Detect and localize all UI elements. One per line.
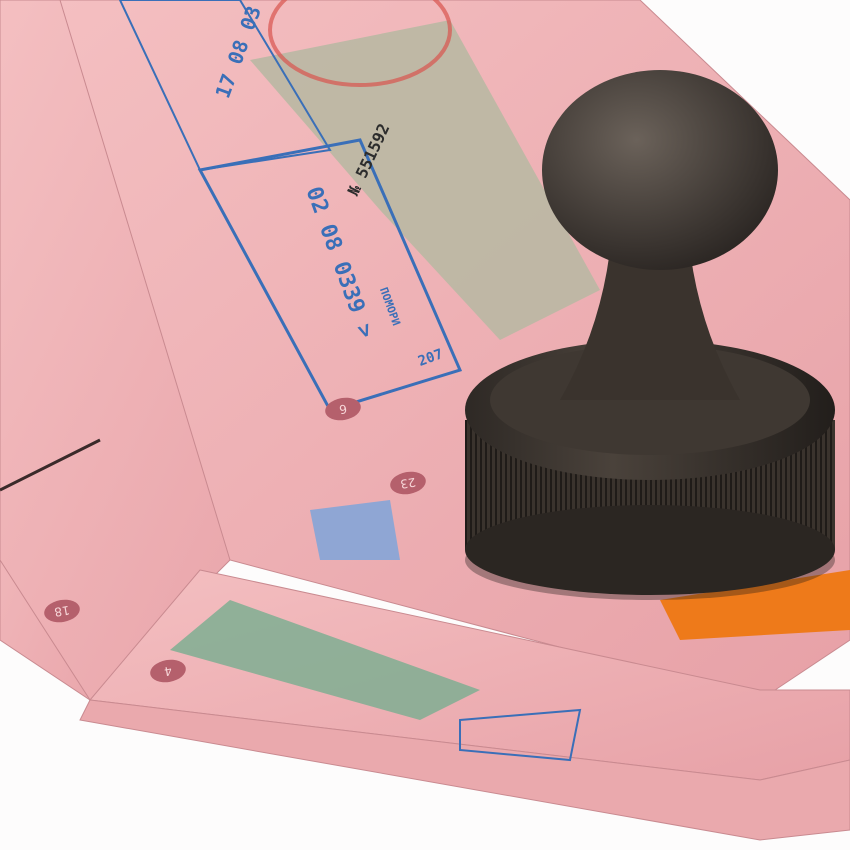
photo-scene: 02 08 0339 > 207 ПОМОРИ 17 08 03 № 55159…	[0, 0, 850, 850]
passport-illustration	[0, 0, 850, 850]
